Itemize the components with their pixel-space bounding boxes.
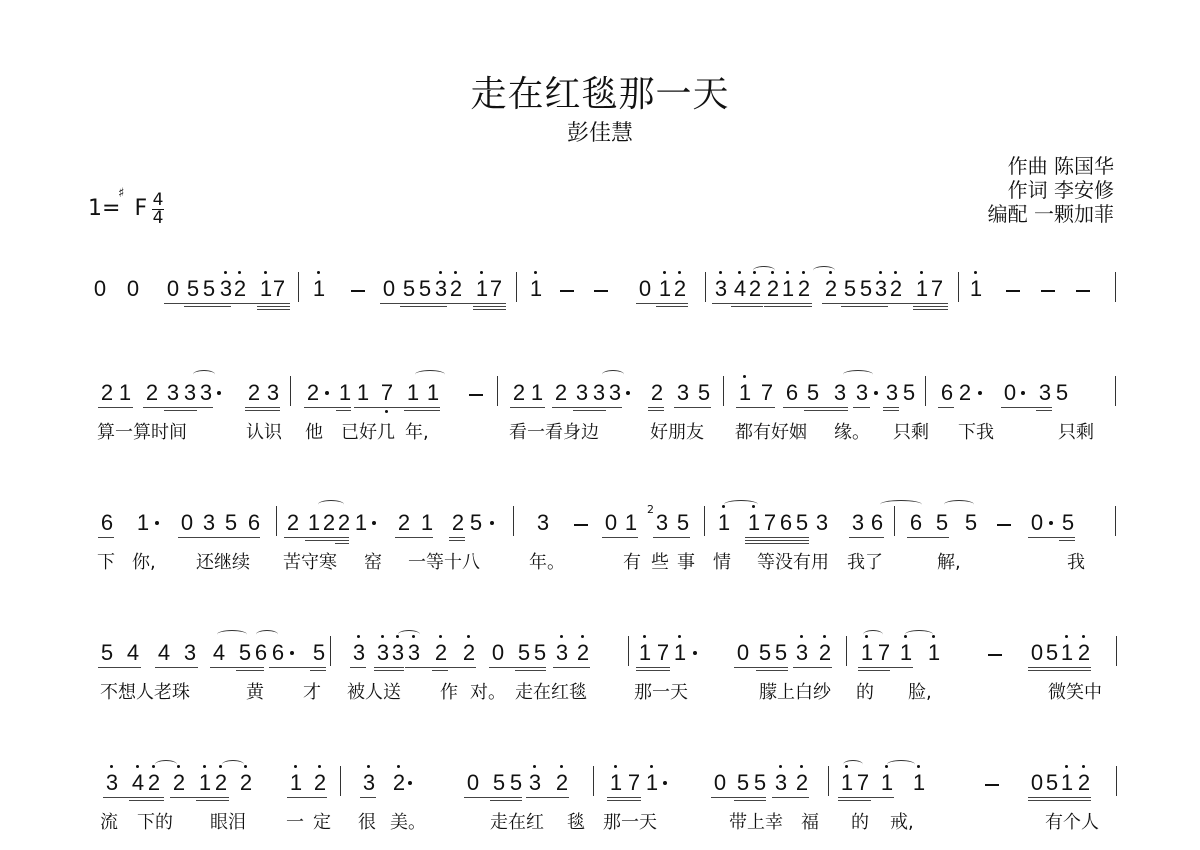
note: 3 <box>352 640 366 666</box>
note: 3 <box>608 380 622 406</box>
score-row: 00055321710553217101234221225532171 <box>0 262 1200 352</box>
lyric: 他 <box>305 418 323 444</box>
note: 0 <box>180 510 194 536</box>
lyric: 作 <box>440 678 458 704</box>
lyricist-credit: 作词 李安修 <box>988 178 1114 202</box>
high-octave-dot <box>581 635 584 638</box>
high-octave-dot <box>110 765 113 768</box>
note: 3 <box>885 380 899 406</box>
sustain-dash <box>1041 290 1055 292</box>
note: 4 <box>131 770 145 796</box>
lyric: 有个人 <box>1045 808 1099 834</box>
beam-underline <box>196 800 229 801</box>
score-row: 6103562122121253013511765336655052下你,还继续… <box>0 496 1200 586</box>
key-signature: 1=♯F <box>88 196 147 221</box>
lyric: 好朋友 <box>650 418 704 444</box>
slur-tie <box>602 370 624 379</box>
note: 1 <box>356 380 370 406</box>
lyric: 下我 <box>958 418 994 444</box>
note: 3 <box>362 770 376 796</box>
note: 1 <box>915 276 929 302</box>
note: 0 <box>713 770 727 796</box>
note: 5 <box>469 510 483 536</box>
slur-tie <box>318 500 344 509</box>
note: 2 <box>795 770 809 796</box>
lyric: 等没有用 <box>757 548 829 574</box>
note: 2 <box>239 770 253 796</box>
note: 2 <box>1077 770 1091 796</box>
beam-underline <box>841 306 888 307</box>
note: 0 <box>93 276 107 302</box>
note: 1 <box>609 770 623 796</box>
note: 2 <box>748 276 762 302</box>
note: 4 <box>733 276 747 302</box>
note: 3 <box>219 276 233 302</box>
beam-underline <box>772 797 809 798</box>
sustain-dash <box>574 524 588 526</box>
beam-underline <box>510 407 545 408</box>
note: 1 <box>969 276 983 302</box>
beam-underline <box>734 667 788 668</box>
note: 3 <box>183 380 197 406</box>
note: 5 <box>935 510 949 536</box>
barline <box>1115 506 1116 536</box>
beam-underline <box>734 800 766 801</box>
note: 1 <box>198 770 212 796</box>
sustain-dash <box>560 290 574 292</box>
beam-underline <box>1059 540 1075 541</box>
slur-tie <box>863 630 883 639</box>
augmentation-dot <box>663 781 667 785</box>
note: 5 <box>753 770 767 796</box>
notes-line: 544345665333322055321710553217110512 <box>0 626 1200 686</box>
barline <box>1115 376 1116 406</box>
high-octave-dot <box>318 765 321 768</box>
lyric: 年。 <box>529 548 565 574</box>
note: 1 <box>354 510 368 536</box>
beam-underline <box>1001 407 1052 408</box>
score-row: 212333232117112123332351765333562035算一算时… <box>0 366 1200 456</box>
note: 2 <box>824 276 838 302</box>
note: 5 <box>902 380 916 406</box>
time-signature-bottom: 4 <box>152 211 164 226</box>
note: 3 <box>183 640 197 666</box>
note: 7 <box>856 770 870 796</box>
beam-underline <box>304 407 351 408</box>
high-octave-dot <box>678 635 681 638</box>
note: 7 <box>763 510 777 536</box>
beam-underline <box>1028 670 1091 671</box>
lyric: 我 <box>1067 548 1085 574</box>
slur-tie <box>843 760 863 769</box>
lyric: 的 <box>851 808 869 834</box>
barline <box>593 766 594 796</box>
note: 1 <box>1060 770 1074 796</box>
note: 1 <box>529 276 543 302</box>
grace-note: 2 <box>647 503 654 516</box>
note: 3 <box>391 640 405 666</box>
note: 3 <box>833 380 847 406</box>
beam-underline <box>656 306 688 307</box>
beam-underline <box>350 667 366 668</box>
beam-underline <box>449 537 465 538</box>
note: 5 <box>100 640 114 666</box>
slur-tie <box>905 630 933 639</box>
lyric: 还继续 <box>196 548 250 574</box>
note: 3 <box>407 640 421 666</box>
slur-tie <box>193 370 215 379</box>
beam-underline <box>143 407 213 408</box>
high-octave-dot <box>614 765 617 768</box>
note: 2 <box>247 380 261 406</box>
beam-underline <box>552 407 622 408</box>
beam-underline <box>473 309 506 310</box>
note: 0 <box>466 770 480 796</box>
lyric: 才 <box>303 678 321 704</box>
note: 5 <box>758 640 772 666</box>
high-octave-dot <box>454 271 457 274</box>
note: 6 <box>271 640 285 666</box>
high-octave-dot <box>917 765 920 768</box>
barline <box>894 506 895 536</box>
note: 1 <box>289 770 303 796</box>
slur-tie <box>415 370 445 379</box>
note: 3 <box>714 276 728 302</box>
high-octave-dot <box>439 271 442 274</box>
beam-underline <box>354 407 440 408</box>
augmentation-dot <box>1021 391 1025 395</box>
lyric: 朦上白纱 <box>759 678 831 704</box>
barline <box>958 272 959 302</box>
note: 2 <box>147 770 161 796</box>
slur-tie <box>843 370 873 379</box>
augmentation-dot <box>626 391 630 395</box>
high-octave-dot <box>719 271 722 274</box>
note: 5 <box>517 640 531 666</box>
beam-underline <box>1028 537 1075 538</box>
high-octave-dot <box>894 271 897 274</box>
note: 0 <box>126 276 140 302</box>
note: 0 <box>382 276 396 302</box>
high-octave-dot <box>177 765 180 768</box>
lyric: 些 <box>651 548 669 574</box>
beam-underline <box>245 410 280 411</box>
note: 4 <box>126 640 140 666</box>
lyrics-line: 算一算时间认识他已好几年,看一看身边好朋友都有好姻缘。只剩下我只剩 <box>0 418 1200 448</box>
note: 1 <box>717 510 731 536</box>
beam-underline <box>269 667 326 668</box>
note: 3 <box>376 640 390 666</box>
note: 0 <box>1003 380 1017 406</box>
note: 1 <box>658 276 672 302</box>
barline <box>1116 766 1117 796</box>
note: 1 <box>1060 640 1074 666</box>
beam-underline <box>853 407 870 408</box>
sustain-dash <box>594 290 608 292</box>
note: 1 <box>860 640 874 666</box>
lyric: 美。 <box>390 808 426 834</box>
lyrics-line: 下你,还继续苦守寒窑一等十八年。有些事情等没有用我了解,我 <box>0 548 1200 578</box>
barline <box>290 376 291 406</box>
beam-underline <box>607 797 641 798</box>
note: 3 <box>874 276 888 302</box>
note: 5 <box>774 640 788 666</box>
sustain-dash <box>469 394 483 396</box>
augmentation-dot <box>693 651 697 655</box>
lyric: 走在红毯 <box>515 678 587 704</box>
high-octave-dot <box>533 765 536 768</box>
beam-underline <box>648 407 664 408</box>
beam-underline <box>236 670 264 671</box>
note: 0 <box>166 276 180 302</box>
beam-underline <box>380 303 506 304</box>
note: 5 <box>202 276 216 302</box>
note: 5 <box>1061 510 1075 536</box>
note: 1 <box>840 770 854 796</box>
note: 2 <box>100 380 114 406</box>
note: 4 <box>157 640 171 666</box>
composer-credit: 作曲 陈国华 <box>988 154 1114 178</box>
lyric: 一 <box>286 808 304 834</box>
beam-underline <box>310 670 326 671</box>
note: 5 <box>492 770 506 796</box>
note: 0 <box>736 640 750 666</box>
lyric: 我了 <box>847 548 883 574</box>
note: 3 <box>774 770 788 796</box>
note: 7 <box>272 276 286 302</box>
beam-underline <box>938 407 954 408</box>
note: 2 <box>818 640 832 666</box>
note: 2 <box>145 380 159 406</box>
note: 5 <box>697 380 711 406</box>
note: 2 <box>337 510 351 536</box>
lyric: 那一天 <box>603 808 657 834</box>
beam-underline <box>553 667 590 668</box>
note: 5 <box>1055 380 1069 406</box>
beam-underline <box>245 407 280 408</box>
beam-underline <box>103 797 164 798</box>
lyric: 对。 <box>470 678 506 704</box>
score-row: 34221221232055321710553217110512流下的眼泪一定很… <box>0 756 1200 846</box>
credits: 作曲 陈国华 作词 李安修 编配 一颗加菲 <box>988 154 1114 226</box>
lyric: 情 <box>713 548 731 574</box>
high-octave-dot <box>738 271 741 274</box>
note: 1 <box>912 770 926 796</box>
note: 1 <box>645 770 659 796</box>
note: 2 <box>214 770 228 796</box>
note: 3 <box>266 380 280 406</box>
notes-line: 34221221232055321710553217110512 <box>0 756 1200 816</box>
beam-underline <box>515 670 546 671</box>
high-octave-dot <box>779 765 782 768</box>
note: 3 <box>202 510 216 536</box>
note: 2 <box>462 640 476 666</box>
note: 2 <box>233 276 247 302</box>
beam-underline <box>653 537 690 538</box>
note: 1 <box>638 640 652 666</box>
lyric: 你, <box>132 548 156 574</box>
slur-tie <box>256 630 278 639</box>
note: 5 <box>418 276 432 302</box>
note: 5 <box>806 380 820 406</box>
note: 1 <box>673 640 687 666</box>
note: 3 <box>528 770 542 796</box>
note: 6 <box>785 380 799 406</box>
note: 1 <box>747 510 761 536</box>
high-octave-dot <box>1082 765 1085 768</box>
sustain-dash <box>351 290 365 292</box>
beam-underline <box>822 303 948 304</box>
note: 0 <box>1030 770 1044 796</box>
beam-underline <box>464 797 522 798</box>
note: 6 <box>779 510 793 536</box>
augmentation-dot <box>978 391 982 395</box>
high-octave-dot <box>439 635 442 638</box>
beam-underline <box>526 797 569 798</box>
note: 1 <box>338 380 352 406</box>
note: 1 <box>259 276 273 302</box>
beam-underline <box>783 407 848 408</box>
note: 3 <box>655 510 669 536</box>
note: 1 <box>475 276 489 302</box>
barline <box>705 272 706 302</box>
lyric: 定 <box>313 808 331 834</box>
augmentation-dot <box>217 391 221 395</box>
lyric: 那一天 <box>634 678 688 704</box>
slur-tie <box>217 630 247 639</box>
beam-underline <box>257 309 290 310</box>
note: 1 <box>118 380 132 406</box>
note: 2 <box>434 640 448 666</box>
note: 1 <box>738 380 752 406</box>
beam-underline <box>764 306 812 307</box>
augmentation-dot <box>325 391 329 395</box>
arranger-credit: 编配 一颗加菲 <box>988 202 1114 226</box>
notes-line: 212333232117112123332351765333562035 <box>0 366 1200 426</box>
beam-underline <box>155 667 198 668</box>
slur-tie <box>944 500 974 509</box>
note: 1 <box>781 276 795 302</box>
note: 5 <box>1045 770 1059 796</box>
note: 6 <box>247 510 261 536</box>
beam-underline <box>490 800 522 801</box>
sustain-dash <box>1076 290 1090 292</box>
barline <box>330 636 331 666</box>
note: 1 <box>312 276 326 302</box>
time-signature: 4 4 <box>152 193 164 226</box>
sustain-dash <box>988 654 1002 656</box>
beam-underline <box>98 537 114 538</box>
beam-underline <box>736 407 775 408</box>
beam-underline <box>838 797 894 798</box>
high-octave-dot <box>800 635 803 638</box>
high-octave-dot <box>1065 635 1068 638</box>
lyric: 脸, <box>908 678 932 704</box>
note: 5 <box>533 640 547 666</box>
note: 6 <box>909 510 923 536</box>
high-octave-dot <box>264 271 267 274</box>
beam-underline <box>849 537 884 538</box>
beam-underline <box>178 537 260 538</box>
high-octave-dot <box>294 765 297 768</box>
beam-underline <box>164 303 290 304</box>
note: 7 <box>656 640 670 666</box>
beam-underline <box>858 670 890 671</box>
high-octave-dot <box>743 375 746 378</box>
singer-name: 彭佳慧 <box>0 116 1200 147</box>
note: 2 <box>673 276 687 302</box>
high-octave-dot <box>920 271 923 274</box>
beam-underline <box>395 537 433 538</box>
note: 5 <box>224 510 238 536</box>
note: 2 <box>576 640 590 666</box>
note: 3 <box>555 640 569 666</box>
note: 3 <box>166 380 180 406</box>
beam-underline <box>287 797 327 798</box>
beam-underline <box>400 306 447 307</box>
note: 3 <box>105 770 119 796</box>
high-octave-dot <box>397 765 400 768</box>
note: 7 <box>380 380 394 406</box>
high-octave-dot <box>244 765 247 768</box>
lyric: 只剩 <box>1058 418 1094 444</box>
note: 2 <box>958 380 972 406</box>
beam-underline <box>731 306 763 307</box>
score-row: 544345665333322055321710553217110512不想人老… <box>0 626 1200 716</box>
note: 2 <box>766 276 780 302</box>
note: 5 <box>312 640 326 666</box>
note: 6 <box>254 640 268 666</box>
slur-tie <box>222 760 244 769</box>
lyrics-line: 流下的眼泪一定很美。走在红毯那一天带上幸福的戒,有个人 <box>0 808 1200 838</box>
barline <box>1116 636 1117 666</box>
beam-underline <box>129 800 164 801</box>
high-octave-dot <box>467 635 470 638</box>
beam-underline <box>98 407 133 408</box>
sustain-dash <box>985 784 999 786</box>
barline <box>704 506 705 536</box>
high-octave-dot <box>663 271 666 274</box>
beam-underline <box>1028 667 1091 668</box>
note: 2 <box>451 510 465 536</box>
beam-underline <box>1036 410 1052 411</box>
note: 2 <box>650 380 664 406</box>
barline <box>340 766 341 796</box>
note: 5 <box>676 510 690 536</box>
beam-underline <box>745 537 809 538</box>
beam-underline <box>374 670 404 671</box>
note: 2 <box>554 380 568 406</box>
high-octave-dot <box>786 271 789 274</box>
high-octave-dot <box>534 271 537 274</box>
lyric: 被人送 <box>347 678 401 704</box>
high-octave-dot <box>560 765 563 768</box>
slur-tie <box>880 500 922 509</box>
note: 2 <box>797 276 811 302</box>
lyric: 的 <box>856 678 874 704</box>
barline <box>298 272 299 302</box>
note: 6 <box>940 380 954 406</box>
note: 6 <box>870 510 884 536</box>
high-octave-dot <box>879 271 882 274</box>
sustain-dash <box>997 524 1011 526</box>
note: 2 <box>306 380 320 406</box>
beam-underline <box>98 667 141 668</box>
note: 5 <box>795 510 809 536</box>
beam-underline <box>636 667 670 668</box>
lyric: 解, <box>937 548 961 574</box>
lyric: 黄 <box>246 678 264 704</box>
